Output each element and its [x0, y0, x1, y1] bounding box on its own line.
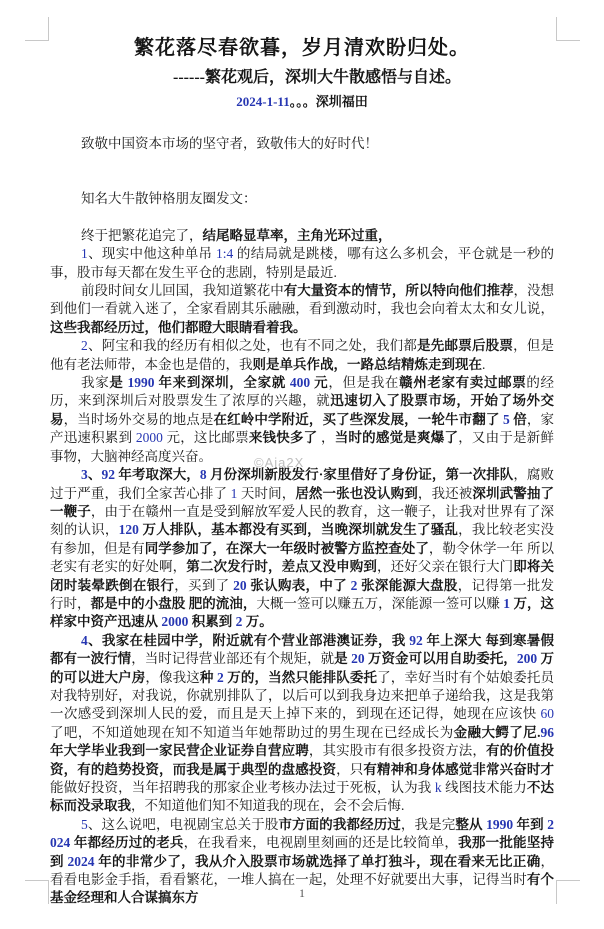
text-run: 1990: [128, 375, 155, 390]
page-title: 繁花落尽春欲暮，岁月清欢盼归处。: [50, 34, 554, 62]
text-run: 92: [409, 633, 423, 648]
text-run: 都是中的小盘股 肥的流油，: [91, 596, 257, 611]
text-run: 20: [233, 578, 247, 593]
text-run: 120: [119, 522, 139, 537]
document-content: 繁花落尽春欲暮，岁月清欢盼归处。 ------繁花观后，深圳大牛散感悟与自述。 …: [50, 34, 554, 908]
text-run: 、阿宝和我的经历有相似之处，也有不同之处，我们都: [88, 338, 417, 353]
text-run: k: [435, 780, 442, 795]
text-run: 是: [334, 651, 351, 666]
text-run: 来钱快多了: [249, 430, 318, 445]
text-run: 在红岭中学附近，买了些深发展，一轮牛市翻了: [213, 412, 503, 427]
text-run: ，还好父亲在银行大门: [377, 559, 513, 574]
text-run: ，我: [378, 633, 409, 648]
text-run: 第一次排队: [445, 467, 513, 482]
text-run: 致敬中国资本市场的坚守者，致敬伟大的好时代！: [81, 136, 378, 151]
text-run: 种: [200, 670, 217, 685]
text-run: 金融大鳄了尼: [454, 725, 538, 740]
text-run: 400: [290, 375, 310, 390]
text-run: 年大学毕业我到一家民营企业证券自营应聘: [50, 743, 309, 758]
document-subtitle: ------繁花观后，深圳大牛散感悟与自述。: [80, 67, 554, 89]
paragraph-8: 3、92 年考取深大，8 月份深圳新股发行·家里借好了身份证，第一次排队，腐败过…: [50, 466, 554, 632]
text-run: 了吧，不知道她现在知不知道当年她帮助过的男生现在已经成长为: [50, 725, 454, 740]
paragraph-6: 2、阿宝和我的经历有相似之处，也有不同之处，我们都是先邮票后股票，但是他有老法师…: [50, 337, 554, 374]
text-run: ，在我看来，电视剧里刻画的还是比较简单，: [184, 835, 459, 850]
text-run: 第二次发行时，差点又没申购到: [186, 559, 377, 574]
text-run: 这些我都经历过，他们都瞪大眼睛看着我。: [50, 320, 307, 335]
text-run: ，其实股市有很多投资方法，: [309, 743, 486, 758]
text-run: 60: [541, 706, 555, 721]
text-run: 元，这比邮票: [163, 430, 249, 445]
paragraph-9: 4、我家在桂园中学，附近就有个营业部港澳证券，我 92 年上深大 每到寒暑假都有…: [50, 632, 554, 816]
text-run: 3: [81, 467, 88, 482]
text-run: 能做好投资，当年招聘我的那家企业考核办法过于死板，认为我: [50, 780, 435, 795]
text-run: 年到: [513, 817, 547, 832]
text-run: ，我是完: [401, 817, 455, 832]
text-run: 万人排队，基本都没有买到，当晚深圳就发生了骚乱: [139, 522, 458, 537]
text-run: 1990: [486, 817, 513, 832]
text-run: 5: [503, 412, 510, 427]
text-run: 20: [351, 651, 365, 666]
text-run: 赣州老家有卖过邮票: [399, 375, 526, 390]
text-run: 92: [101, 467, 115, 482]
text-run: 当时的感觉是爽爆了: [335, 430, 458, 445]
text-run: 在桂园中学，附近就有个营业部港澳证券: [130, 633, 378, 648]
text-run: 元: [310, 375, 328, 390]
text-run: 倍: [510, 412, 527, 427]
body-paragraphs: 致敬中国资本市场的坚守者，致敬伟大的好时代！知名大牛散钟格朋友圈发文：终于把繁花…: [50, 135, 554, 908]
text-run: 1: [81, 246, 88, 261]
text-run: 张认购表，中了: [247, 578, 351, 593]
page-number: 1: [0, 886, 604, 901]
text-run: ，只: [336, 762, 363, 777]
text-run: 知名大牛散钟格朋友圈发文：: [81, 191, 257, 206]
text-run: 线图技术能力: [442, 780, 527, 795]
text-run: 是先邮票后股票: [417, 338, 513, 353]
text-run: 2024: [68, 854, 95, 869]
text-run: 、: [88, 467, 102, 482]
text-run: 前段时间女儿回国，我知道繁花中: [81, 283, 284, 298]
text-run: 是: [109, 375, 127, 390]
text-run: ，: [317, 430, 334, 445]
text-run: 8: [200, 467, 207, 482]
text-run: ，但是我在: [328, 375, 399, 390]
text-run: 天时间，: [237, 486, 295, 501]
text-run: 2000: [161, 614, 188, 629]
text-run: 大概一签可以赚五万，深能源一签可以赚: [256, 596, 503, 611]
crop-mark-top-right-icon: [556, 17, 580, 41]
text-run: ，买到了: [174, 578, 233, 593]
paragraph-5: 前段时间女儿回国，我知道繁花中有大量资本的情节，所以特向他们推荐，没想到他们一看…: [50, 282, 554, 337]
text-run: 、现实中他这种单吊: [88, 246, 216, 261]
text-run: 。。。深圳福田: [290, 94, 368, 109]
text-run: 万的，当然只能排队委托: [224, 670, 377, 685]
text-run: 月份深圳新股发行·家里借好了身份证，: [207, 467, 446, 482]
paragraph-2: 知名大牛散钟格朋友圈发文：: [50, 190, 554, 208]
text-run: 整从: [455, 817, 486, 832]
text-run: 终于把繁花追完了，: [81, 228, 203, 243]
text-run: 万。: [242, 614, 272, 629]
paragraph-1: 致敬中国资本市场的坚守者，致敬伟大的好时代！: [50, 135, 554, 153]
text-run: 2024-1-11: [236, 94, 289, 109]
document-page: 繁花落尽春欲暮，岁月清欢盼归处。 ------繁花观后，深圳大牛散感悟与自述。 …: [0, 0, 604, 929]
text-run: 2: [81, 338, 88, 353]
text-run: ，像我这: [145, 670, 200, 685]
text-run: 年来到深圳，全家就: [155, 375, 290, 390]
paragraph-7: 我家是 1990 年来到深圳，全家就 400 元，但是我在赣州老家有卖过邮票的经…: [50, 374, 554, 466]
text-run: 万资金可以用自助委托，: [365, 651, 517, 666]
text-run: 居然一张也没认购到: [295, 486, 418, 501]
text-run: 有大量资本的情节，所以特向他们推荐: [284, 283, 514, 298]
text-run: 积累到: [188, 614, 235, 629]
text-run: 1:4: [216, 246, 233, 261]
text-run: 有精神和身体感觉非常兴奋时才: [363, 762, 554, 777]
document-dateline: 2024-1-11。。。深圳福田: [50, 93, 554, 111]
text-run: 则是单兵作战，一路总结精炼走到现在: [253, 357, 483, 372]
text-run: 年考取深大，: [115, 467, 200, 482]
text-run: 、我家: [88, 633, 130, 648]
text-run: 4: [81, 633, 88, 648]
text-run: 96: [541, 725, 555, 740]
crop-mark-top-left-icon: [25, 17, 49, 41]
paragraph-3: 终于把繁花追完了，结尾略显草率，主角光环过重，: [50, 227, 554, 245]
text-run: .: [482, 357, 485, 372]
text-run: 我家: [81, 375, 109, 390]
text-run: 结尾略显草率，主角光环过重，: [203, 228, 392, 243]
paragraph-4: 1、现实中他这种单吊 1:4 的结局就是跳楼，哪有这么多机会，平仓就是一秒的事，…: [50, 245, 554, 282]
text-run: 市方面的我都经历过: [278, 817, 400, 832]
text-run: 200: [517, 651, 537, 666]
text-run: 5: [81, 817, 88, 832]
text-run: 年的非常少了，我从介入股票市场就选择了单打独斗，现在看来无比正确: [95, 854, 541, 869]
text-run: ，我还被: [418, 486, 473, 501]
text-run: 2: [217, 670, 224, 685]
text-run: ，当时记得营业部还有个规矩，就: [131, 651, 334, 666]
text-run: 、这么说吧，电视剧宝总关于股: [88, 817, 279, 832]
text-run: ，不知道他们知不知道我的现在，会不会后悔.: [131, 798, 404, 813]
text-run: 同学参加了，在深大一年级时被警方监控查处了: [145, 541, 429, 556]
text-run: 张深能源大盘股: [357, 578, 457, 593]
text-run: ，当时场外交易的地点是: [64, 412, 214, 427]
text-run: 年都经历过的老兵: [70, 835, 183, 850]
text-run: 2000: [136, 430, 163, 445]
